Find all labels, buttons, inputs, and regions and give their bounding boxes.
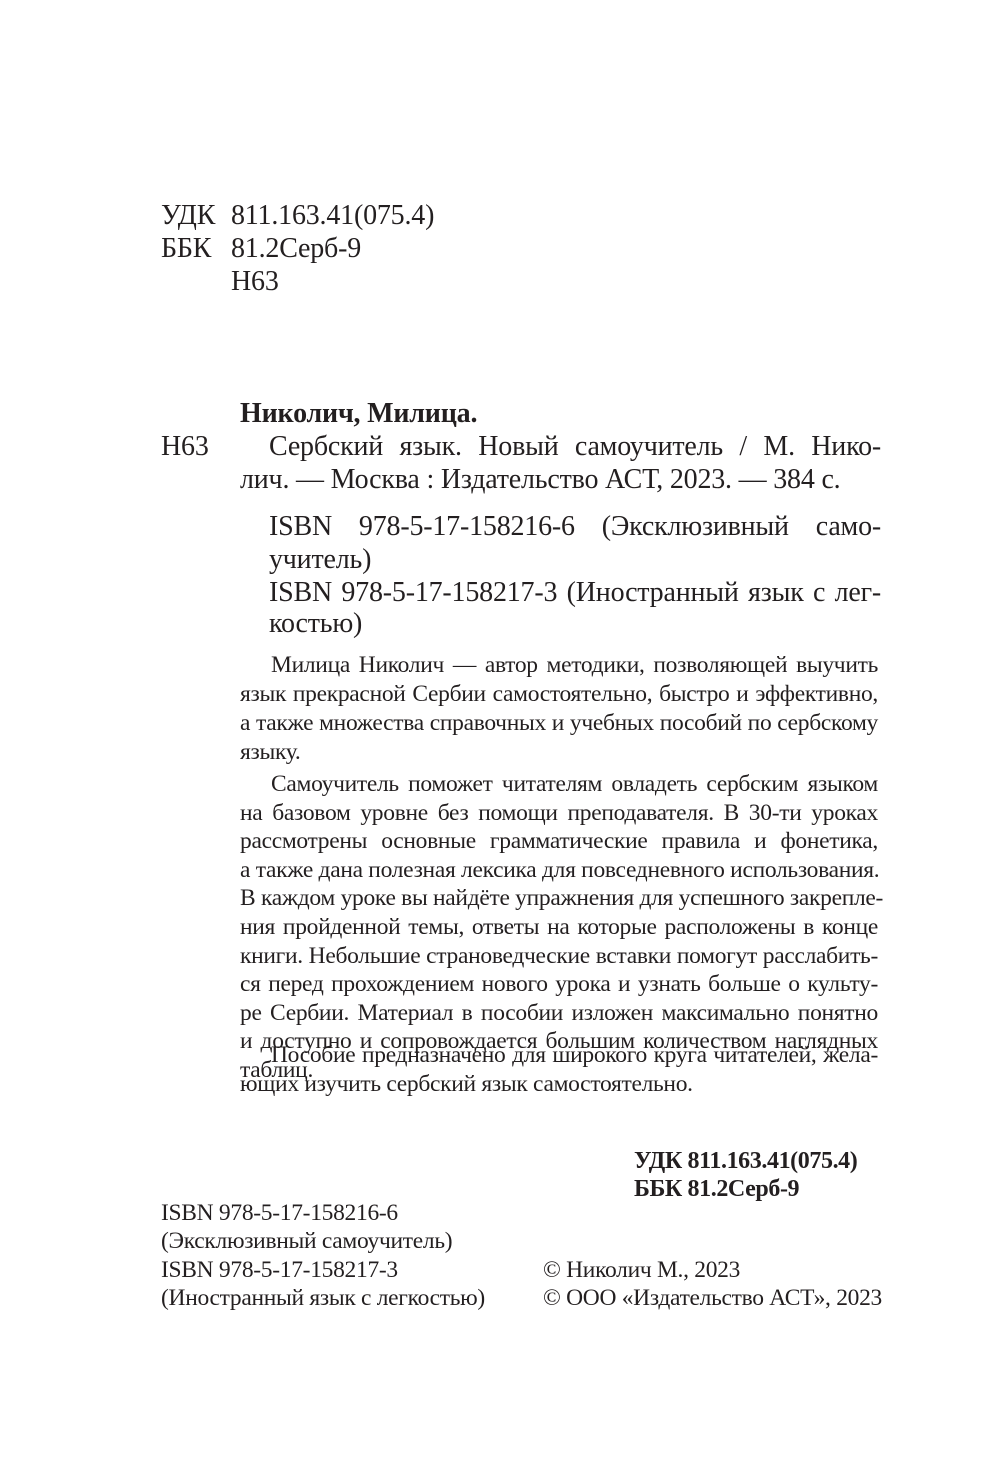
annotation-line: Милица Николич — автор методики, позволя… <box>271 651 878 679</box>
isbn-line: ISBN 978-5-17-158217-3 (Иностранный язык… <box>269 577 881 609</box>
annotation-line: книги. Небольшие страноведческие вставки… <box>240 942 878 970</box>
copyright-line: © ООО «Издательство АСТ», 2023 <box>543 1284 882 1312</box>
udk-bottom: УДК 811.163.41(075.4) <box>634 1147 857 1175</box>
copyright-line: © Николич М., 2023 <box>543 1256 740 1284</box>
isbn-line: ISBN 978-5-17-158216-6 (Эксклюзивный сам… <box>269 511 881 543</box>
annotation-line: ющих изучить сербский язык самостоятельн… <box>240 1070 693 1098</box>
annotation-line: ре Сербии. Материал в пособии изложен ма… <box>240 999 878 1027</box>
bbk-label: ББК <box>161 233 211 265</box>
title-line: Сербский язык. Новый самоучитель / М. Ни… <box>269 431 881 463</box>
bbk-bottom: ББК 81.2Серб-9 <box>634 1175 799 1203</box>
bbk-value: 81.2Серб-9 <box>231 233 361 265</box>
title-line: лич. — Москва : Издательство АСТ, 2023. … <box>240 464 840 496</box>
isbn-line: (Эксклюзивный самоучитель) <box>161 1227 452 1255</box>
isbn-line: (Иностранный язык с легкостью) <box>161 1284 485 1312</box>
udk-value: 811.163.41(075.4) <box>231 200 434 232</box>
isbn-line: ISBN 978-5-17-158217-3 <box>161 1256 398 1284</box>
annotation-line: а также дана полезная лексика для повсед… <box>240 856 878 884</box>
annotation-line: ся перед прохождением нового урока и узн… <box>240 970 878 998</box>
isbn-line: костью) <box>269 608 362 640</box>
copyright-page: УДК 811.163.41(075.4) ББК 81.2Серб-9 Н63… <box>0 0 1000 1462</box>
isbn-line: учитель) <box>269 544 371 576</box>
annotation-line: В каждом уроке вы найдёте упражнения для… <box>240 884 878 912</box>
annotation-line: на базовом уровне без помощи преподавате… <box>240 799 878 827</box>
author-sign: Н63 <box>161 431 209 463</box>
isbn-line: ISBN 978-5-17-158216-6 <box>161 1199 398 1227</box>
annotation-line: ния пройденной темы, ответы на которые р… <box>240 913 878 941</box>
annotation-line: Самоучитель поможет читателям овладеть с… <box>271 770 878 798</box>
annotation-line: а также множества справочных и учебных п… <box>240 709 878 737</box>
author-sign-top: Н63 <box>231 266 279 298</box>
annotation-line: языку. <box>240 738 300 766</box>
annotation-line: Пособие предназначено для широкого круга… <box>271 1041 878 1069</box>
annotation-line: язык прекрасной Сербии самостоятельно, б… <box>240 680 878 708</box>
udk-label: УДК <box>161 200 215 232</box>
annotation-line: рассмотрены основные грамматические прав… <box>240 827 878 855</box>
author-name: Николич, Милица. <box>240 398 477 430</box>
